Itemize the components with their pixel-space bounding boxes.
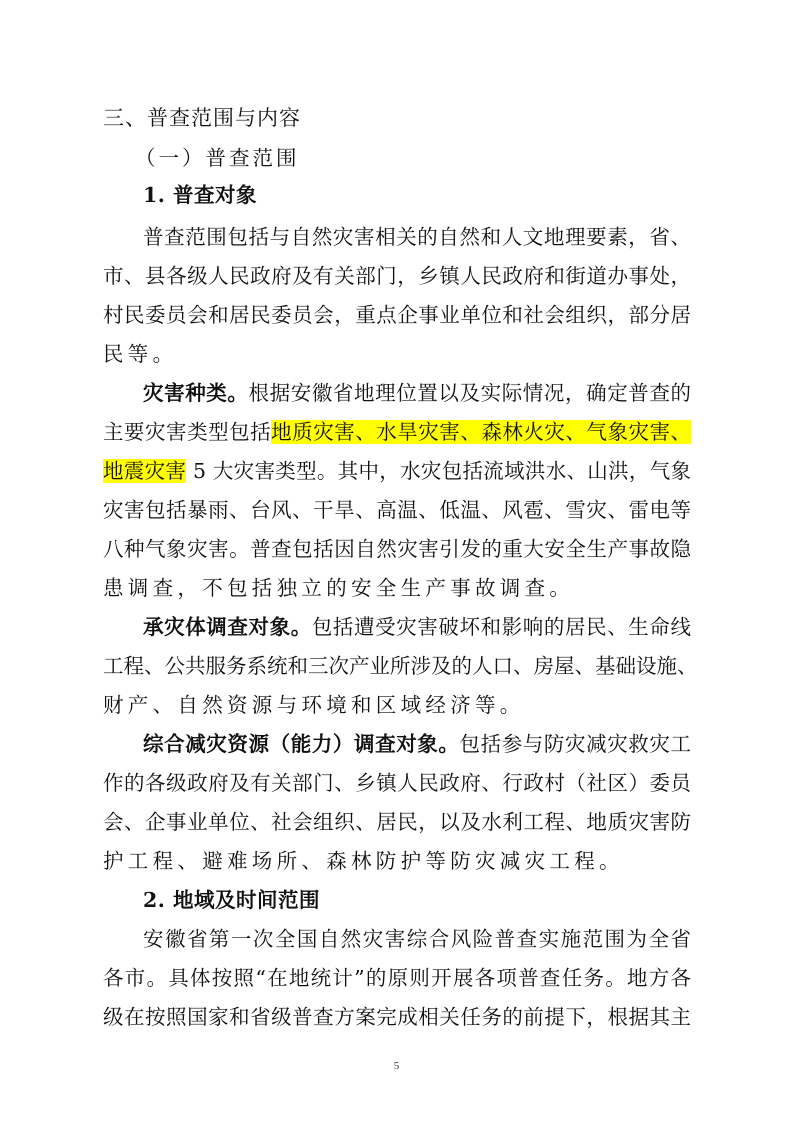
para4-line4: 护工程、避难场所、森林防护等防灾减灾工程。 xyxy=(103,846,691,876)
bold-lead-exposure: 承灾体调查对象。 xyxy=(143,615,312,639)
para1-line1: 普查范围包括与自然灾害相关的自然和人文地理要素，省、 xyxy=(143,222,691,252)
section-title: 三、普查范围与内容 xyxy=(103,103,691,133)
highlighted-text: 地质灾害、水旱灾害、森林火灾、气象灾害、 xyxy=(271,420,691,444)
heading-region-time: 2. 地域及时间范围 xyxy=(143,885,691,915)
heading-survey-objects: 1. 普查对象 xyxy=(143,180,691,210)
para4-line1: 综合减灾资源（能力）调查对象。包括参与防灾减灾救灾工 xyxy=(143,729,691,759)
para1-line2: 市、县各级人民政府及有关部门，乡镇人民政府和街道办事处， xyxy=(103,261,691,291)
para2-line6: 患调查，不包括独立的安全生产事故调查。 xyxy=(103,573,691,603)
para5-line3: 级在按照国家和省级普查方案完成相关任务的前提下，根据其主 xyxy=(103,1002,691,1032)
page-number: 5 xyxy=(0,1060,793,1072)
para1-line4: 民等。 xyxy=(103,339,691,369)
para5-line1: 安徽省第一次全国自然灾害综合风险普查实施范围为全省 xyxy=(143,924,691,954)
para2-line3: 地震灾害 5 大灾害类型。其中，水灾包括流域洪水、山洪，气象 xyxy=(103,456,691,486)
bold-lead-disaster-types: 灾害种类。 xyxy=(143,381,249,405)
para4-line3: 会、企事业单位、社会组织、居民，以及水利工程、地质灾害防 xyxy=(103,807,691,837)
para4-line2: 作的各级政府及有关部门、乡镇人民政府、行政村（社区）委员 xyxy=(103,768,691,798)
para2-line4: 灾害包括暴雨、台风、干旱、高温、低温、风雹、雪灾、雷电等 xyxy=(103,495,691,525)
para3-line1: 承灾体调查对象。包括遭受灾害破坏和影响的居民、生命线 xyxy=(143,612,691,642)
document-page: 三、普查范围与内容 （一）普查范围 1. 普查对象 普查范围包括与自然灾害相关的… xyxy=(0,0,793,1122)
para2-line2: 主要灾害类型包括地质灾害、水旱灾害、森林火灾、气象灾害、 xyxy=(103,417,691,447)
para2-line5: 八种气象灾害。普查包括因自然灾害引发的重大安全生产事故隐 xyxy=(103,534,691,564)
highlighted-text: 地震灾害 xyxy=(103,459,186,483)
para2-line1: 灾害种类。根据安徽省地理位置以及实际情况，确定普查的 xyxy=(143,378,691,408)
para3-line3: 财产、自然资源与环境和区域经济等。 xyxy=(103,690,691,720)
para1-line3: 村民委员会和居民委员会，重点企事业单位和社会组织，部分居 xyxy=(103,300,691,330)
para5-line2: 各市。具体按照“在地统计”的原则开展各项普查任务。地方各 xyxy=(103,963,691,993)
subsection-title: （一）普查范围 xyxy=(135,143,723,173)
bold-lead-resources: 综合减灾资源（能力）调查对象。 xyxy=(143,732,460,756)
para3-line2: 工程、公共服务系统和三次产业所涉及的人口、房屋、基础设施、 xyxy=(103,651,691,681)
